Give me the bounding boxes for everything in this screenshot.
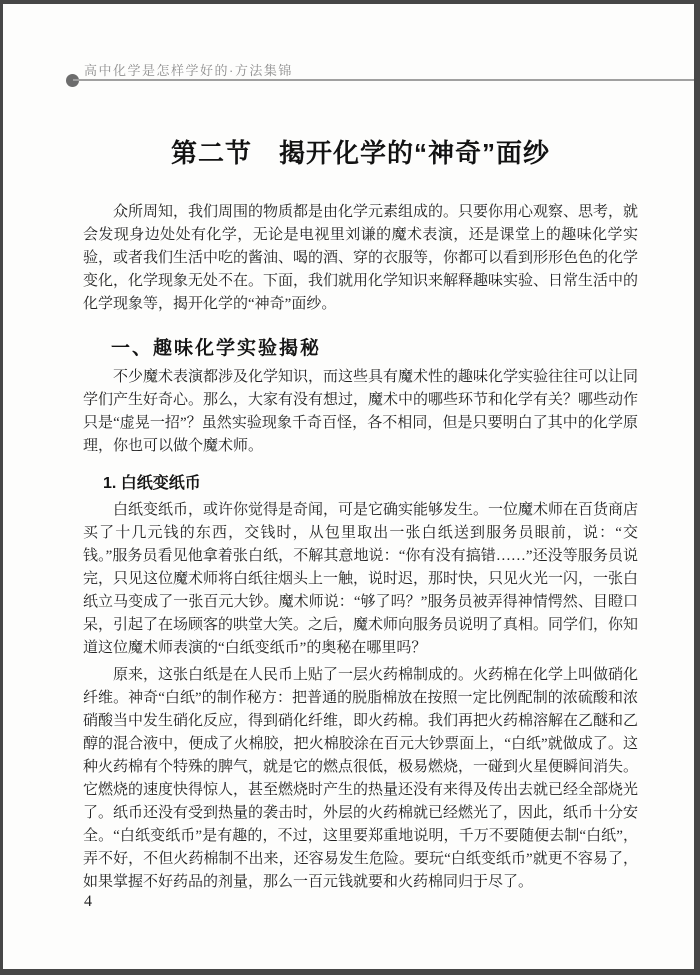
body-paragraph: 原来，这张白纸是在人民币上贴了一层火药棉制成的。火药棉在化学上叫做硝化纤维。神奇… xyxy=(83,664,638,894)
page-surface: 高中化学是怎样学好的·方法集锦 第二节 揭开化学的“神奇”面纱 众所周知，我们周… xyxy=(3,4,694,969)
body-paragraph: 白纸变纸币，或许你觉得是奇闻，可是它确实能够发生。一位魔术师在百货商店买了十几元… xyxy=(83,499,638,660)
subsection-heading: 1. 白纸变纸币 xyxy=(103,473,638,495)
page-content: 第二节 揭开化学的“神奇”面纱 众所周知，我们周围的物质都是由化学元素组成的。只… xyxy=(83,136,638,894)
section-lead-paragraph: 不少魔术表演都涉及化学知识，而这些具有魔术性的趣味化学实验往往可以让同学们产生好… xyxy=(83,366,638,458)
chapter-title: 第二节 揭开化学的“神奇”面纱 xyxy=(83,136,638,170)
scanned-book-page: 高中化学是怎样学好的·方法集锦 第二节 揭开化学的“神奇”面纱 众所周知，我们周… xyxy=(0,0,700,975)
running-header-title: 高中化学是怎样学好的·方法集锦 xyxy=(84,60,293,79)
header-rule-divider xyxy=(73,79,694,81)
section-heading: 一、趣味化学实验揭秘 xyxy=(111,336,638,362)
intro-paragraph: 众所周知，我们周围的物质都是由化学元素组成的。只要你用心观察、思考，就会发现身边… xyxy=(83,201,638,316)
page-number: 4 xyxy=(84,893,92,911)
